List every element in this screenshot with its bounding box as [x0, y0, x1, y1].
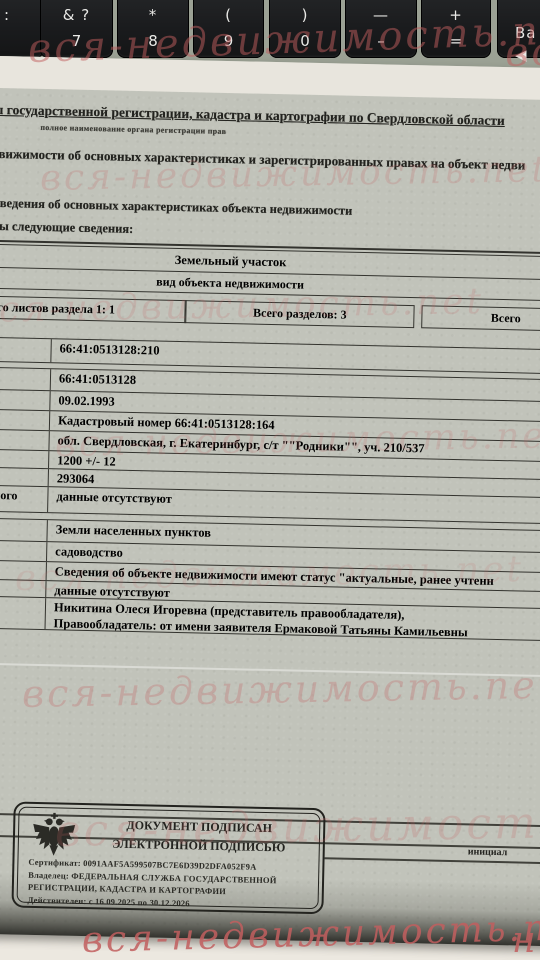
- row-label: [0, 468, 49, 486]
- row-label: [0, 561, 47, 580]
- key-shift-legend: +: [421, 6, 491, 24]
- photo-of-document: :& ?7*8(9)0—–+=Ba◀ ы государственной рег…: [0, 0, 540, 960]
- document-paper: ы государственной регистрации, кадастра …: [0, 56, 540, 947]
- signature-line: [325, 857, 540, 864]
- row-label: [0, 390, 51, 410]
- row-label: [0, 410, 50, 430]
- section-subline: ены следующие сведения:: [0, 219, 133, 237]
- key-main-legend: ◀: [497, 46, 540, 64]
- key-shift-legend: *: [117, 6, 189, 24]
- key-main-legend: 0: [269, 32, 341, 50]
- key-main-legend: 9: [193, 32, 264, 50]
- keyboard-key: (9: [193, 0, 264, 58]
- keyboard-key: )0: [269, 0, 341, 58]
- row-label: [0, 580, 47, 597]
- paper-crease: [0, 662, 540, 678]
- key-main-legend: 7: [40, 32, 113, 50]
- row-label: [0, 450, 49, 468]
- row-label: ного: [0, 486, 49, 512]
- totals-sheets: го листов раздела 1: 1: [0, 296, 187, 324]
- keyboard-key: +=: [421, 0, 491, 58]
- extract-title-line: движимости об основных характеристиках и…: [0, 146, 540, 175]
- key-shift-legend: :: [0, 6, 44, 24]
- key-shift-legend: Ba: [497, 24, 540, 42]
- key-main-legend: –: [345, 32, 417, 50]
- authority-caption: полное наименование органа регистрации п…: [40, 123, 226, 136]
- totals-row: го листов раздела 1: 1 Всего разделов: 3…: [0, 296, 540, 332]
- section-heading: Сведения об основных характеристиках объ…: [0, 196, 352, 219]
- key-shift-legend: ): [269, 6, 341, 24]
- totals-sections: Всего разделов: 3: [185, 300, 415, 328]
- key-shift-legend: —: [345, 6, 417, 24]
- keyboard-key: Ba◀: [497, 0, 540, 58]
- key-shift-legend: & ?: [40, 6, 113, 24]
- digital-signature-stamp: ДОКУМЕНТ ПОДПИСАН ЭЛЕКТРОННОЙ ПОДПИСЬЮ С…: [11, 801, 325, 914]
- row-label: [0, 430, 50, 450]
- row-label: [0, 597, 46, 629]
- key-main-legend: 8: [117, 32, 189, 50]
- keyboard-key: —–: [345, 0, 417, 58]
- characteristics-table: 66:41:0513128:21066:41:051312809.02.1993…: [0, 337, 540, 642]
- row-label: [0, 338, 52, 362]
- totals-right: Всего: [422, 305, 540, 332]
- row-label: [0, 368, 51, 390]
- row-label: [0, 519, 48, 541]
- keyboard-key: & ?7: [40, 0, 113, 58]
- double-eagle-emblem-icon: [31, 812, 78, 857]
- key-main-legend: =: [421, 32, 491, 50]
- initials-label: инициал: [468, 846, 508, 858]
- key-shift-legend: (: [193, 6, 264, 24]
- keyboard-key: :: [0, 0, 44, 58]
- object-kind-table: Земельный участок вид объекта недвижимос…: [0, 244, 540, 302]
- row-label: [0, 541, 47, 561]
- keyboard-key: *8: [117, 0, 189, 58]
